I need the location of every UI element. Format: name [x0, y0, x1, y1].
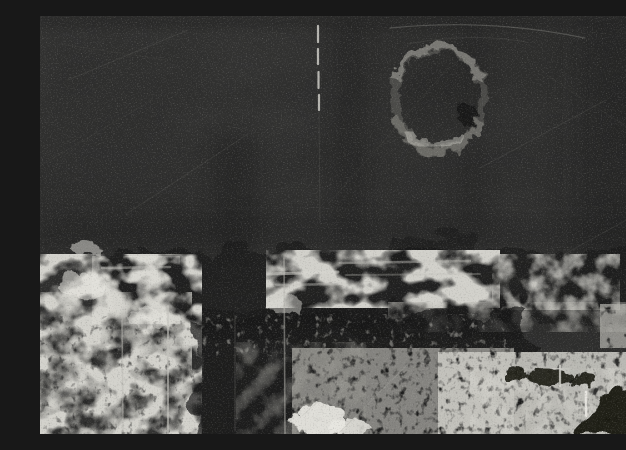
- film-grain: [40, 16, 626, 434]
- grunge-texture-svg: [40, 16, 626, 434]
- grunge-texture-image: [40, 16, 626, 434]
